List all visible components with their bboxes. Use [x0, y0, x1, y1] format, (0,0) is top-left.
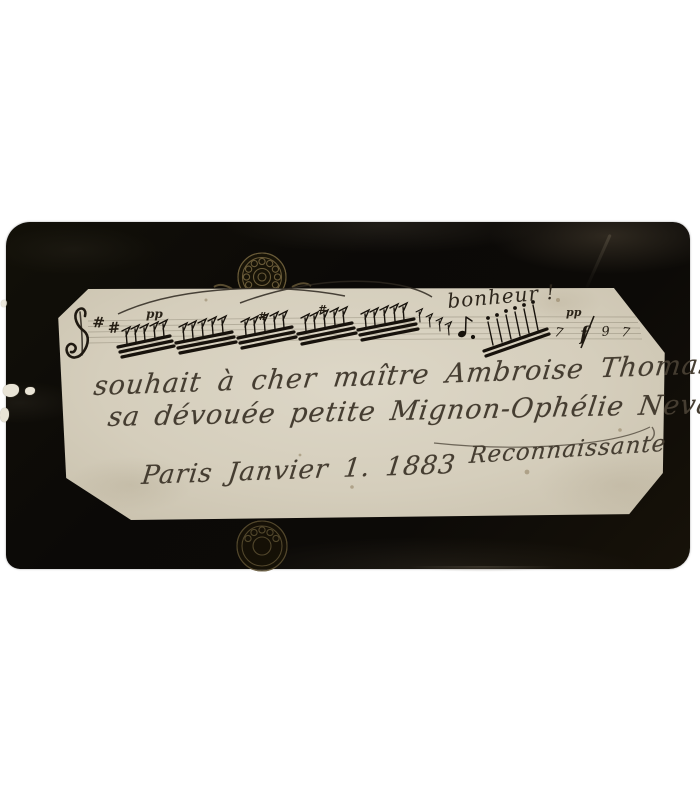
scanned-autograph-photo: # # pp	[0, 0, 700, 800]
card-edge-wear	[408, 566, 558, 572]
